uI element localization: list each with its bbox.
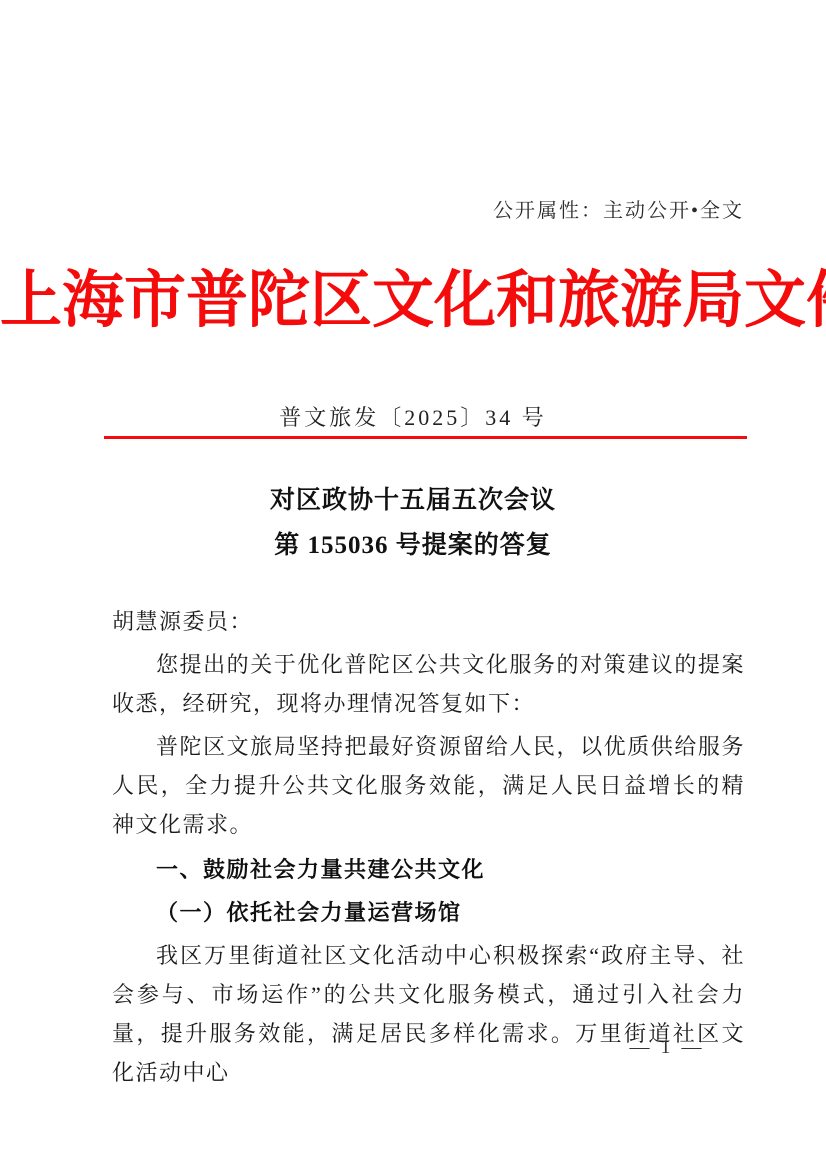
document-page: 公开属性：主动公开•全文 上海市普陀区文化和旅游局文件 普文旅发〔2025〕34… bbox=[0, 0, 826, 1169]
document-body: 胡慧源委员： 您提出的关于优化普陀区公共文化服务的对策建议的提案收悉，经研究，现… bbox=[112, 598, 745, 1096]
section-subheading-1-1: （一）依托社会力量运营场馆 bbox=[112, 893, 745, 932]
red-divider-line bbox=[104, 436, 747, 439]
paragraph-overview: 普陀区文旅局坚持把最好资源留给人民，以优质供给服务人民，全力提升公共文化服务效能… bbox=[112, 727, 745, 844]
section-heading-1: 一、鼓励社会力量共建公共文化 bbox=[112, 850, 745, 889]
salutation: 胡慧源委员： bbox=[112, 602, 745, 641]
page-number: — 1 — bbox=[612, 1036, 722, 1059]
document-number: 普文旅发〔2025〕34 号 bbox=[0, 401, 826, 432]
paragraph-wanli-center: 我区万里街道社区文化活动中心积极探索“政府主导、社会参与、市场运作”的公共文化服… bbox=[112, 936, 745, 1092]
agency-red-header-title: 上海市普陀区文化和旅游局文件 bbox=[0, 250, 826, 339]
paragraph-acknowledgement: 您提出的关于优化普陀区公共文化服务的对策建议的提案收悉，经研究，现将办理情况答复… bbox=[112, 645, 745, 723]
document-title: 对区政协十五届五次会议 第 155036 号提案的答复 bbox=[0, 478, 826, 568]
document-title-line1: 对区政协十五届五次会议 bbox=[0, 478, 826, 523]
publicity-attribute: 公开属性：主动公开•全文 bbox=[493, 194, 744, 223]
document-title-line2: 第 155036 号提案的答复 bbox=[0, 523, 826, 568]
